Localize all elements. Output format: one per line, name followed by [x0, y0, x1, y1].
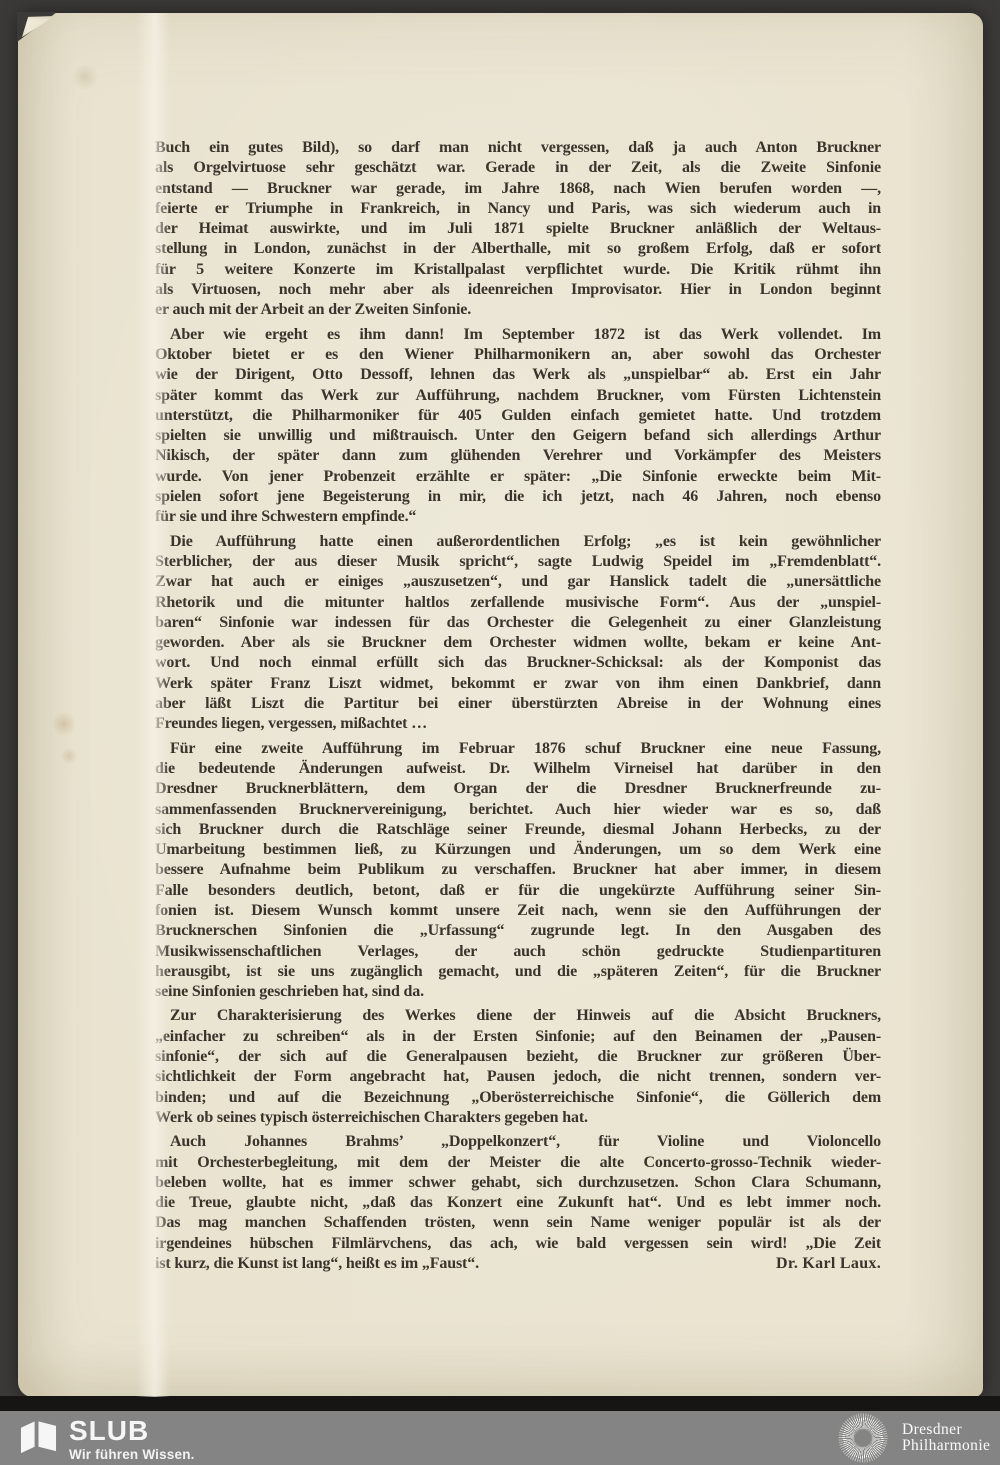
- text-line: Umarbeitung bestimmen ließ, zu Kürzungen…: [155, 840, 881, 860]
- text-line: aber läßt Liszt die Partitur bei einer ü…: [155, 694, 881, 714]
- text-line: die Treue, glaubte nicht, „daß das Konze…: [155, 1193, 881, 1213]
- text-line: Falle besonders deutlich, betont, daß er…: [155, 881, 881, 901]
- text-line: Sterblicher, der aus dieser Musik sprich…: [155, 552, 881, 572]
- text-line: Für eine zweite Aufführung im Februar 18…: [155, 739, 881, 759]
- text-line: Freundes liegen, vergessen, mißachtet …: [155, 714, 881, 734]
- slub-wordmark: SLUB: [69, 1417, 195, 1445]
- paper-stain: [60, 748, 78, 764]
- paper-scan: Buch ein gutes Bild), so darf man nicht …: [18, 13, 983, 1397]
- text-line: beleben wollte, hat es immer schwer geha…: [155, 1173, 881, 1193]
- slub-tagline: Wir führen Wissen.: [69, 1447, 195, 1462]
- paragraph: Aber wie ergeht es ihm dann! Im Septembe…: [155, 325, 881, 528]
- philharmonie-name-line2: Philharmonie: [902, 1438, 990, 1455]
- text-line: „einfacher zu schreiben“ als in der Erst…: [155, 1027, 881, 1047]
- text-line: wie der Dirigent, Otto Dessoff, lehnen d…: [155, 365, 881, 385]
- text-line: spielen sofort jene Begeisterung in mir,…: [155, 487, 881, 507]
- text-line: Zur Charakterisierung des Werkes diene d…: [155, 1006, 881, 1026]
- text-line: stellung in London, zunächst in der Albe…: [155, 239, 881, 259]
- text-line-content: ist kurz, die Kunst ist lang“, heißt es …: [155, 1254, 479, 1274]
- text-line: spielten sie unwillig und mißtrauisch. U…: [155, 426, 881, 446]
- paragraph: Die Aufführung hatte einen außerordentli…: [155, 532, 881, 735]
- text-block: Buch ein gutes Bild), so darf man nicht …: [155, 138, 881, 1278]
- text-line: Aber wie ergeht es ihm dann! Im Septembe…: [155, 325, 881, 345]
- text-line: Werk ob seines typisch österreichischen …: [155, 1108, 881, 1128]
- text-line: sammenfassenden Brucknervereinigung, ber…: [155, 800, 881, 820]
- text-line: Rhetorik und die mitunter haltlos zerfal…: [155, 593, 881, 613]
- text-line: seine Sinfonien geschrieben hat, sind da…: [155, 982, 881, 1002]
- text-line: wurde. Von jener Probenzeit erzählte er …: [155, 467, 881, 487]
- paragraph: Für eine zweite Aufführung im Februar 18…: [155, 739, 881, 1003]
- sunburst-icon: [838, 1413, 888, 1463]
- text-line: sich Bruckner durch die Ratschläge seine…: [155, 820, 881, 840]
- text-line: Dresdner Brucknerblättern, dem Organ der…: [155, 779, 881, 799]
- text-line: sinfonie“, der sich auf die Generalpause…: [155, 1047, 881, 1067]
- text-line: geworden. Aber als sie Bruckner dem Orch…: [155, 633, 881, 653]
- author-byline: Dr. Karl Laux.: [776, 1254, 881, 1274]
- text-line: Das mag manchen Schaffenden trösten, wen…: [155, 1213, 881, 1233]
- text-line: für sie und ihre Schwestern empfinde.“: [155, 507, 881, 527]
- text-line: ist kurz, die Kunst ist lang“, heißt es …: [155, 1254, 881, 1274]
- dark-strip: [0, 1396, 1000, 1411]
- dresdner-philharmonie-logo[interactable]: Dresdner Philharmonie: [838, 1413, 990, 1463]
- text-line: Oktober bietet er es den Wiener Philharm…: [155, 345, 881, 365]
- text-line: bessere Aufnahme beim Publikum zu versch…: [155, 860, 881, 880]
- open-book-icon: [20, 1419, 57, 1456]
- text-line: sichtlichkeit der Form angebracht hat, P…: [155, 1067, 881, 1087]
- text-line: Musikwissenschaftlichen Verlages, der au…: [155, 942, 881, 962]
- text-line: feierte er Triumphe in Frankreich, in Na…: [155, 199, 881, 219]
- text-line: herausgibt, ist sie uns zugänglich gemac…: [155, 962, 881, 982]
- text-line: der Heimat auswirkte, und im Juli 1871 s…: [155, 219, 881, 239]
- text-line: als Virtuosen, noch mehr aber als ideenr…: [155, 280, 881, 300]
- paragraph: Zur Charakterisierung des Werkes diene d…: [155, 1006, 881, 1128]
- paragraph: Auch Johannes Brahms’ „Doppelkonzert“, f…: [155, 1132, 881, 1274]
- text-line: für 5 weitere Konzerte im Kristallpalast…: [155, 260, 881, 280]
- text-line: später kommt das Werk zur Aufführung, na…: [155, 386, 881, 406]
- text-line: Zwar hat auch er einiges „auszusetzen“, …: [155, 572, 881, 592]
- text-line: Werk später Franz Liszt widmet, bekommt …: [155, 674, 881, 694]
- text-line: Nikisch, der später dann zum glühenden V…: [155, 446, 881, 466]
- slub-logo[interactable]: SLUB Wir führen Wissen.: [20, 1417, 195, 1462]
- text-line: fonien ist. Diesem Wunsch kommt unsere Z…: [155, 901, 881, 921]
- text-line: mit Orchesterbegleitung, mit dem der Mei…: [155, 1153, 881, 1173]
- philharmonie-name-line1: Dresdner: [902, 1422, 990, 1439]
- footer-bar: SLUB Wir führen Wissen. Dresdner Philhar…: [0, 1411, 1000, 1465]
- text-line: wort. Und noch einmal erfüllt sich das B…: [155, 653, 881, 673]
- text-line: irgendeines hübschen Filmlärvchens, das …: [155, 1234, 881, 1254]
- text-line: als Orgelvirtuose sehr geschätzt war. Ge…: [155, 158, 881, 178]
- text-line: Auch Johannes Brahms’ „Doppelkonzert“, f…: [155, 1132, 881, 1152]
- text-line: Buch ein gutes Bild), so darf man nicht …: [155, 138, 881, 158]
- text-line: binden; und auf die Bezeichnung „Oberöst…: [155, 1088, 881, 1108]
- text-line: unterstützt, die Philharmoniker für 405 …: [155, 406, 881, 426]
- text-line: baren“ Sinfonie war indessen für das Orc…: [155, 613, 881, 633]
- paper-stain: [70, 65, 100, 89]
- text-line: er auch mit der Arbeit an der Zweiten Si…: [155, 300, 881, 320]
- paragraph: Buch ein gutes Bild), so darf man nicht …: [155, 138, 881, 321]
- text-line: entstand — Bruckner war gerade, im Jahre…: [155, 179, 881, 199]
- text-line: Die Aufführung hatte einen außerordentli…: [155, 532, 881, 552]
- scan-viewer-page: { "colors": { "background": "#3c3a38", "…: [0, 0, 1000, 1465]
- text-line: Brucknerschen Sinfonien die „Urfassung“ …: [155, 921, 881, 941]
- paper-stain: [51, 713, 77, 735]
- text-line: die bedeutende Änderungen aufweist. Dr. …: [155, 759, 881, 779]
